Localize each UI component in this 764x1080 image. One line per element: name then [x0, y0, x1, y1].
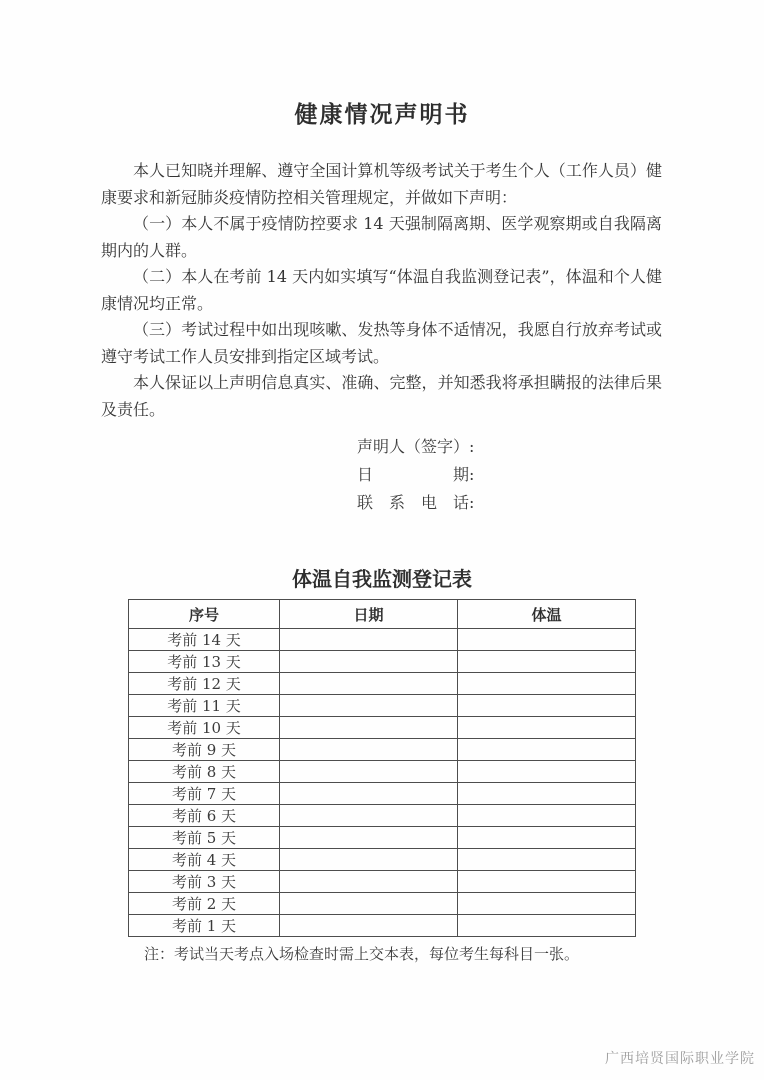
row-label: 考前 10 天 — [129, 717, 280, 739]
date-cell — [280, 673, 458, 695]
signature-block: 声明人（签字）: 日 期: 联 系 电 话: — [357, 433, 764, 517]
clause-3-paragraph: （三）考试过程中如出现咳嗽、发热等身体不适情况，我愿自行放弃考试或遵守考试工作人… — [101, 317, 662, 370]
temperature-cell — [458, 695, 636, 717]
table-row: 考前 10 天 — [129, 717, 636, 739]
row-label: 考前 12 天 — [129, 673, 280, 695]
clause-2-paragraph: （二）本人在考前 14 天内如实填写“体温自我监测登记表”，体温和个人健康情况均… — [101, 264, 662, 317]
temperature-cell — [458, 871, 636, 893]
table-row: 考前 14 天 — [129, 629, 636, 651]
declaration-body: 本人已知晓并理解、遵守全国计算机等级考试关于考生个人（工作人员）健康要求和新冠肺… — [101, 158, 662, 423]
table-row: 考前 2 天 — [129, 893, 636, 915]
row-label: 考前 8 天 — [129, 761, 280, 783]
institution-watermark: 广西培贤国际职业学院 — [605, 1048, 755, 1068]
temperature-cell — [458, 651, 636, 673]
date-cell — [280, 849, 458, 871]
date-cell — [280, 805, 458, 827]
date-cell — [280, 827, 458, 849]
pledge-paragraph: 本人保证以上声明信息真实、准确、完整，并知悉我将承担瞒报的法律后果及责任。 — [101, 370, 662, 423]
temperature-cell — [458, 761, 636, 783]
date-cell — [280, 629, 458, 651]
submission-note: 注：考试当天考点入场检查时需上交本表，每位考生每科目一张。 — [144, 943, 764, 964]
table-row: 考前 4 天 — [129, 849, 636, 871]
clause-1-paragraph: （一）本人不属于疫情防控要求 14 天强制隔离期、医学观察期或自我隔离期内的人群… — [101, 211, 662, 264]
table-row: 考前 8 天 — [129, 761, 636, 783]
column-header-temperature: 体温 — [458, 600, 636, 629]
temperature-log-table: 序号 日期 体温 考前 14 天 考前 13 天 考前 12 天 考前 11 天… — [128, 599, 636, 937]
date-line: 日 期: — [357, 461, 764, 489]
temperature-cell — [458, 893, 636, 915]
table-title: 体温自我监测登记表 — [0, 563, 764, 592]
temperature-cell — [458, 629, 636, 651]
temperature-cell — [458, 849, 636, 871]
table-row: 考前 9 天 — [129, 739, 636, 761]
row-label: 考前 4 天 — [129, 849, 280, 871]
date-cell — [280, 783, 458, 805]
temperature-cell — [458, 673, 636, 695]
temperature-cell — [458, 739, 636, 761]
table-row: 考前 11 天 — [129, 695, 636, 717]
row-label: 考前 3 天 — [129, 871, 280, 893]
table-row: 考前 5 天 — [129, 827, 636, 849]
row-label: 考前 6 天 — [129, 805, 280, 827]
temperature-cell — [458, 915, 636, 937]
row-label: 考前 5 天 — [129, 827, 280, 849]
date-cell — [280, 717, 458, 739]
intro-paragraph: 本人已知晓并理解、遵守全国计算机等级考试关于考生个人（工作人员）健康要求和新冠肺… — [101, 158, 662, 211]
row-label: 考前 2 天 — [129, 893, 280, 915]
temperature-cell — [458, 805, 636, 827]
document-page: 健康情况声明书 本人已知晓并理解、遵守全国计算机等级考试关于考生个人（工作人员）… — [0, 0, 764, 1080]
row-label: 考前 14 天 — [129, 629, 280, 651]
row-label: 考前 1 天 — [129, 915, 280, 937]
row-label: 考前 13 天 — [129, 651, 280, 673]
temperature-cell — [458, 827, 636, 849]
date-cell — [280, 871, 458, 893]
temperature-cell — [458, 783, 636, 805]
row-label: 考前 9 天 — [129, 739, 280, 761]
date-cell — [280, 893, 458, 915]
date-cell — [280, 695, 458, 717]
table-header-row: 序号 日期 体温 — [129, 600, 636, 629]
table-row: 考前 7 天 — [129, 783, 636, 805]
signer-name-line: 声明人（签字）: — [357, 433, 764, 461]
column-header-sequence: 序号 — [129, 600, 280, 629]
row-label: 考前 7 天 — [129, 783, 280, 805]
date-cell — [280, 761, 458, 783]
date-cell — [280, 739, 458, 761]
table-row: 考前 12 天 — [129, 673, 636, 695]
date-cell — [280, 915, 458, 937]
table-row: 考前 13 天 — [129, 651, 636, 673]
table-row: 考前 6 天 — [129, 805, 636, 827]
phone-line: 联 系 电 话: — [357, 489, 764, 517]
column-header-date: 日期 — [280, 600, 458, 629]
table-row: 考前 1 天 — [129, 915, 636, 937]
temperature-cell — [458, 717, 636, 739]
row-label: 考前 11 天 — [129, 695, 280, 717]
document-title: 健康情况声明书 — [0, 0, 764, 129]
date-cell — [280, 651, 458, 673]
table-row: 考前 3 天 — [129, 871, 636, 893]
